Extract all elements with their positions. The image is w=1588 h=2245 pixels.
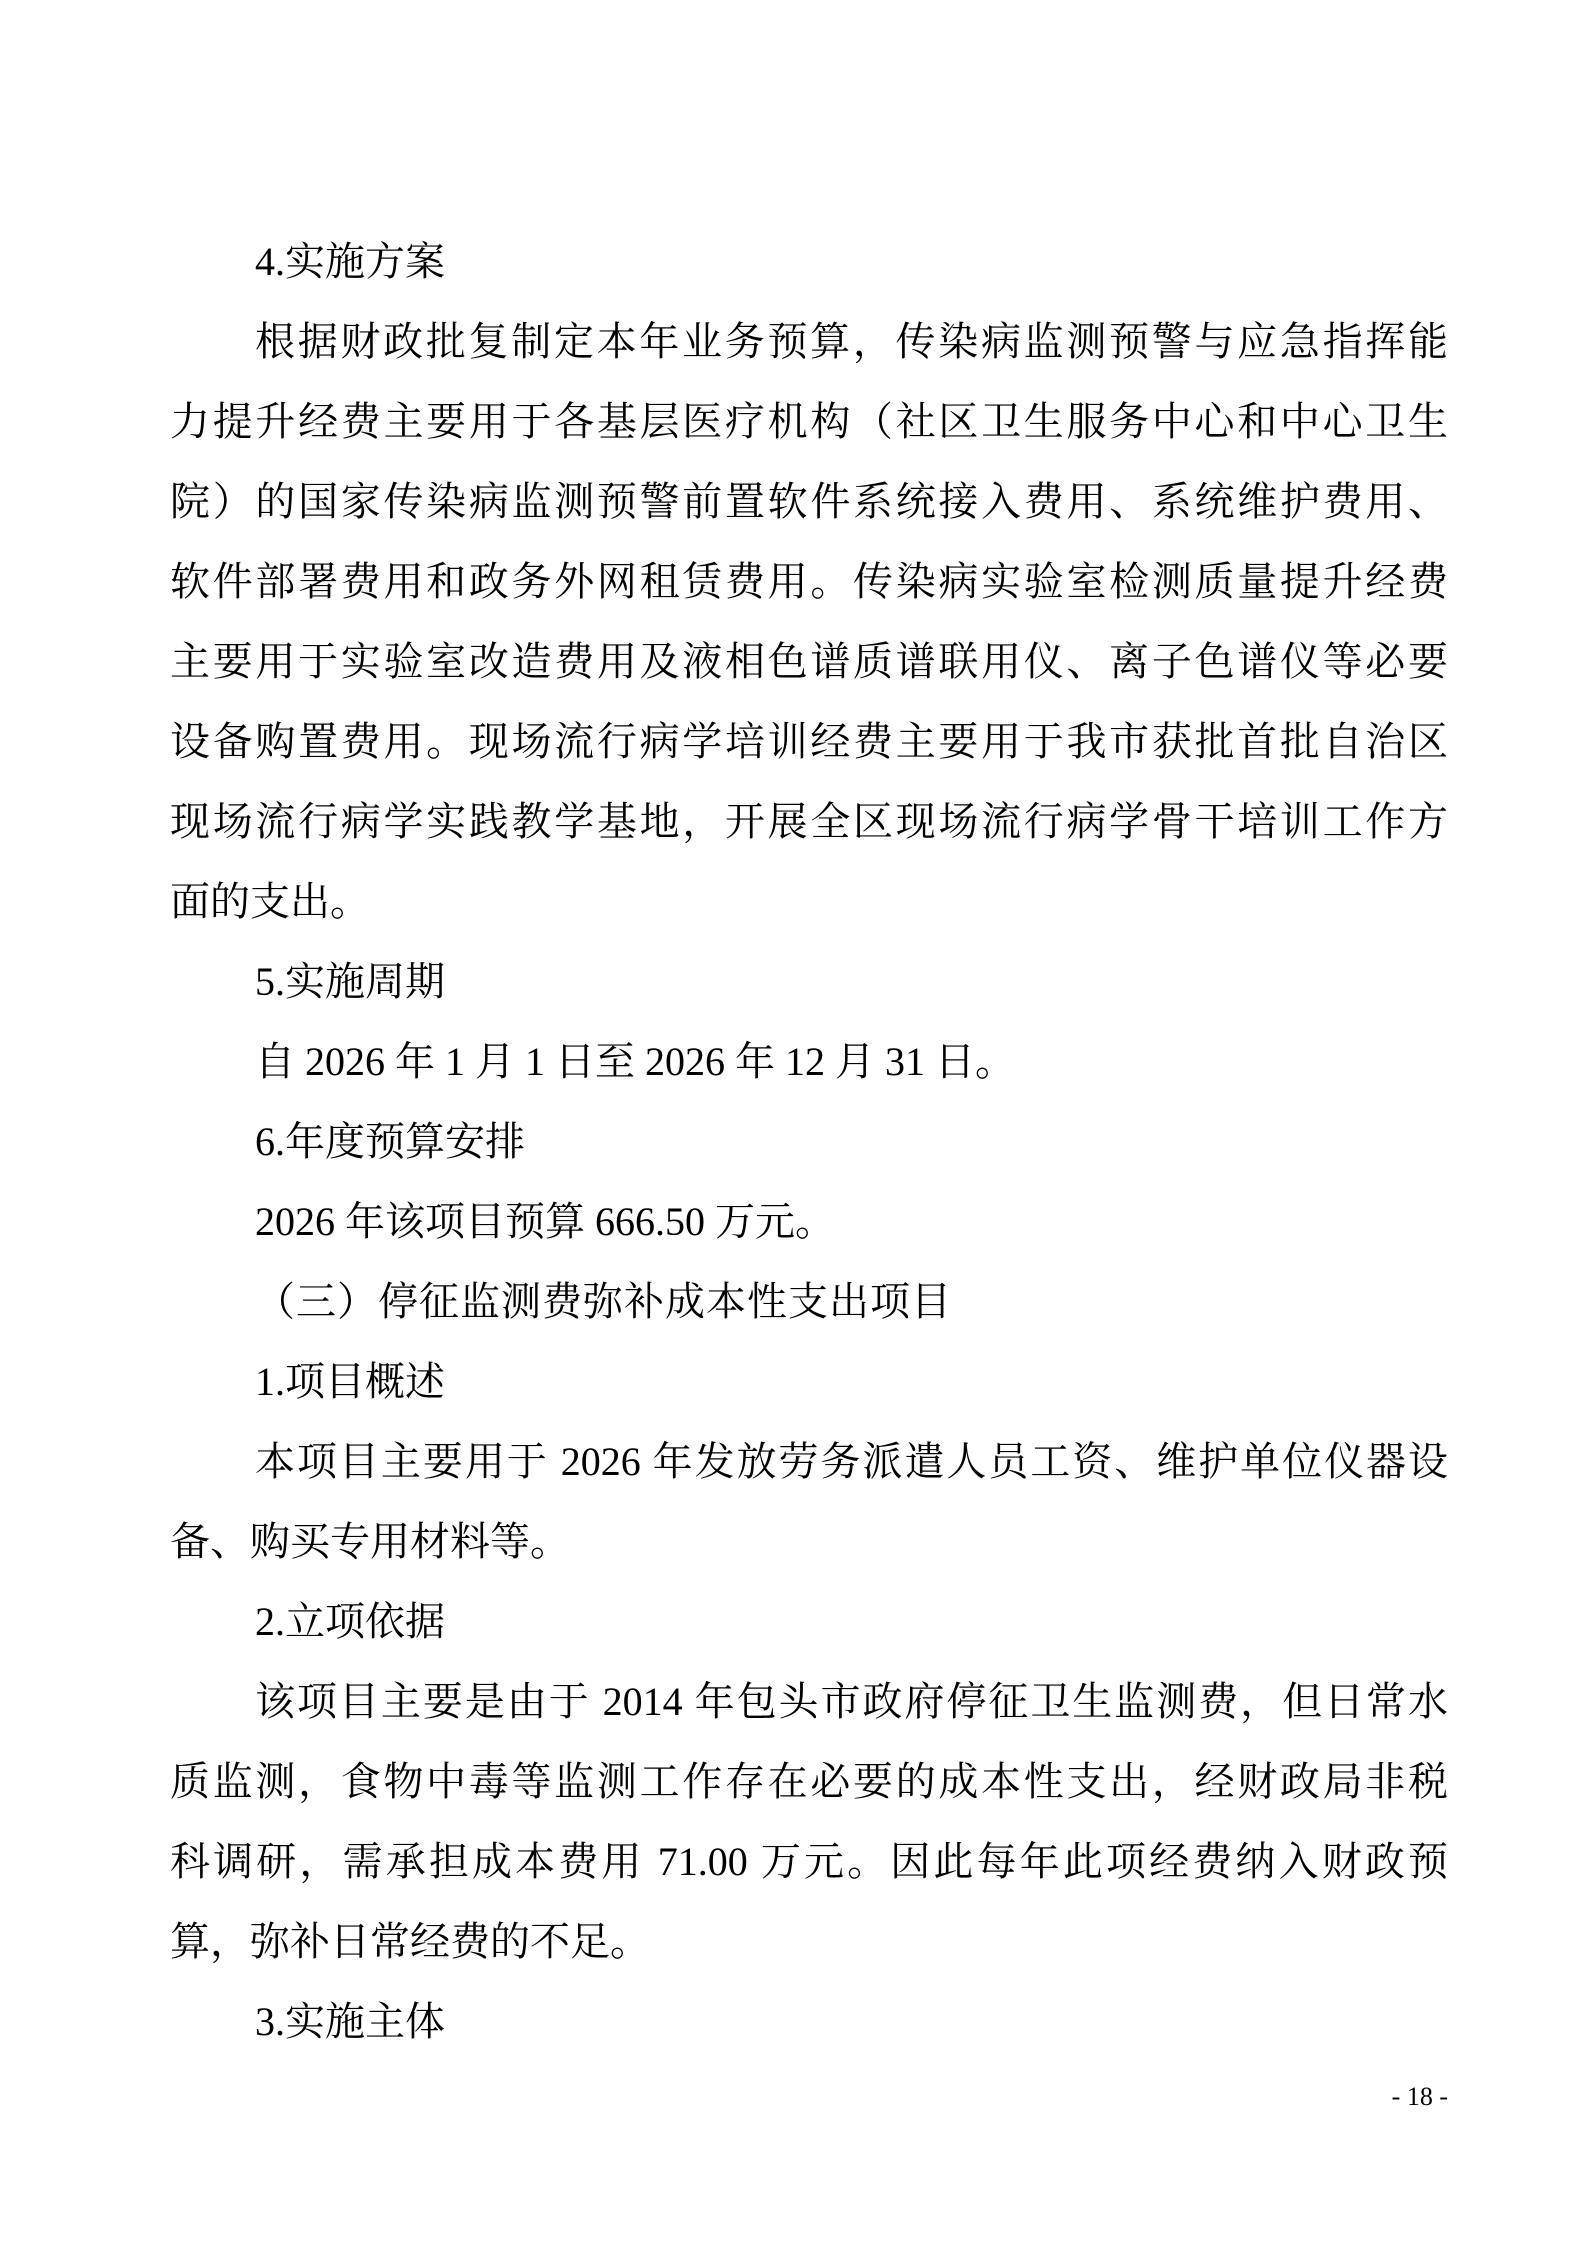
- paragraph-line: 设备购置费用。现场流行病学培训经费主要用于我市获批首批自治区: [170, 702, 1448, 782]
- page-number: - 18 -: [1392, 2082, 1448, 2112]
- paragraph-line: 主要用于实验室改造费用及液相色谱质谱联用仪、离子色谱仪等必要: [170, 622, 1448, 702]
- document-body: 4.实施方案 根据财政批复制定本年业务预算，传染病监测预警与应急指挥能 力提升经…: [170, 222, 1448, 2062]
- heading-project-basis: 2.立项依据: [170, 1582, 1448, 1662]
- paragraph-line: 科调研，需承担成本费用 71.00 万元。因此每年此项经费纳入财政预: [170, 1822, 1448, 1902]
- heading-project-overview: 1.项目概述: [170, 1342, 1448, 1422]
- heading-implementation-period: 5.实施周期: [170, 942, 1448, 1022]
- paragraph-line: 该项目主要是由于 2014 年包头市政府停征卫生监测费，但日常水: [170, 1662, 1448, 1742]
- paragraph-line: 算，弥补日常经费的不足。: [170, 1902, 1448, 1982]
- paragraph-line: 现场流行病学实践教学基地，开展全区现场流行病学骨干培训工作方: [170, 782, 1448, 862]
- paragraph-line: 2026 年该项目预算 666.50 万元。: [170, 1182, 1448, 1262]
- heading-annual-budget: 6.年度预算安排: [170, 1102, 1448, 1182]
- heading-implementation-plan: 4.实施方案: [170, 222, 1448, 302]
- paragraph-line: 本项目主要用于 2026 年发放劳务派遣人员工资、维护单位仪器设: [170, 1422, 1448, 1502]
- paragraph-line: 面的支出。: [170, 862, 1448, 942]
- paragraph-line: 根据财政批复制定本年业务预算，传染病监测预警与应急指挥能: [170, 302, 1448, 382]
- paragraph-line: 备、购买专用材料等。: [170, 1502, 1448, 1582]
- paragraph-line: 自 2026 年 1 月 1 日至 2026 年 12 月 31 日。: [170, 1022, 1448, 1102]
- paragraph-line: 质监测，食物中毒等监测工作存在必要的成本性支出，经财政局非税: [170, 1742, 1448, 1822]
- paragraph-line: 院）的国家传染病监测预警前置软件系统接入费用、系统维护费用、: [170, 462, 1448, 542]
- document-page: 4.实施方案 根据财政批复制定本年业务预算，传染病监测预警与应急指挥能 力提升经…: [0, 0, 1588, 2245]
- heading-implementation-entity: 3.实施主体: [170, 1982, 1448, 2062]
- subsection-heading-project: （三）停征监测费弥补成本性支出项目: [170, 1262, 1448, 1342]
- paragraph-line: 力提升经费主要用于各基层医疗机构（社区卫生服务中心和中心卫生: [170, 382, 1448, 462]
- paragraph-line: 软件部署费用和政务外网租赁费用。传染病实验室检测质量提升经费: [170, 542, 1448, 622]
